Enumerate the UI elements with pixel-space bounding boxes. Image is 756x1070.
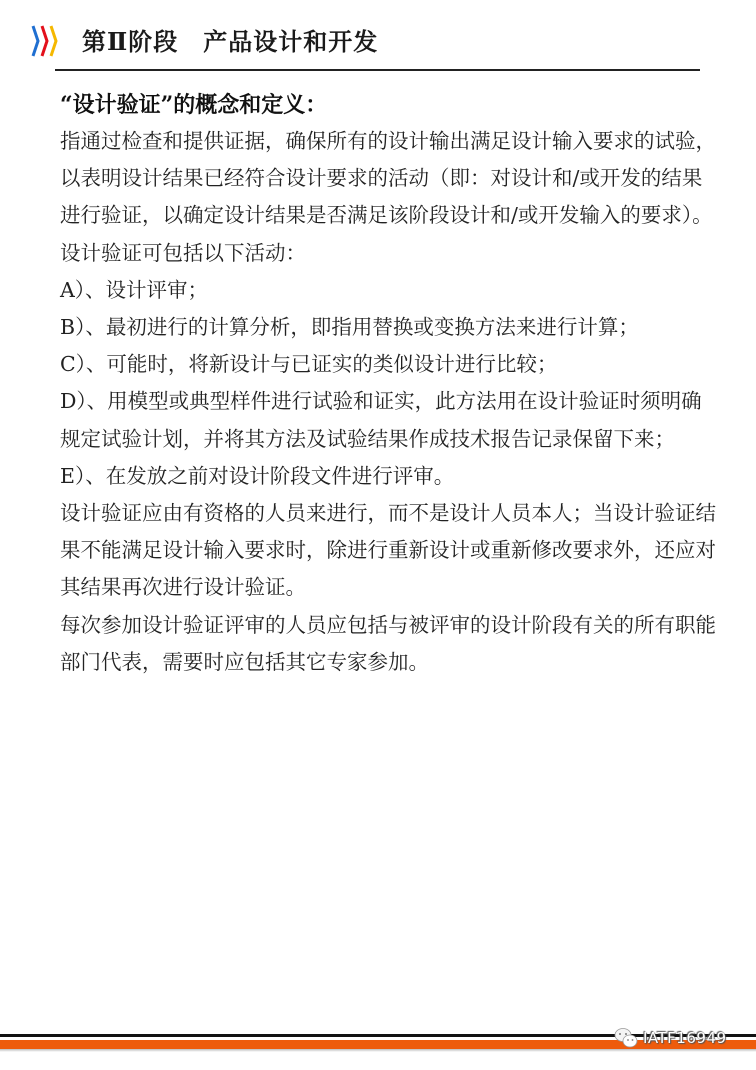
list-item-b: B）、最初进行的计算分析，即指用替换或变换方法来进行计算； [60, 309, 720, 346]
wechat-icon [613, 1026, 639, 1050]
qualification-paragraph: 设计验证应由有资格的人员来进行，而不是设计人员本人；当设计验证结果不能满足设计输… [60, 495, 720, 607]
list-item-a: A）、设计评审； [60, 272, 720, 309]
definition-paragraph: 指通过检查和提供证据，确保所有的设计输出满足设计输入要求的试验，以表明设计结果已… [60, 123, 720, 272]
header-divider [55, 69, 700, 71]
chevrons-logo-icon [31, 24, 59, 58]
list-item-c: C）、可能时，将新设计与已证实的类似设计进行比较； [60, 346, 720, 383]
page-title: 第Ⅱ阶段 产品设计和开发 [82, 22, 378, 57]
body-text: 指通过检查和提供证据，确保所有的设计输出满足设计输入要求的试验，以表明设计结果已… [60, 123, 720, 681]
list-item-e: E）、在发放之前对设计阶段文件进行评审。 [60, 458, 720, 495]
watermark: IATF16949 [613, 1026, 727, 1050]
participants-paragraph: 每次参加设计验证评审的人员应包括与被评审的设计阶段有关的所有职能部门代表，需要时… [60, 607, 720, 681]
list-item-d: D）、用模型或典型样件进行试验和证实，此方法用在设计验证时须明确规定试验计划，并… [60, 383, 720, 457]
section-heading: “设计验证”的概念和定义： [60, 88, 327, 119]
watermark-text: IATF16949 [643, 1029, 727, 1047]
